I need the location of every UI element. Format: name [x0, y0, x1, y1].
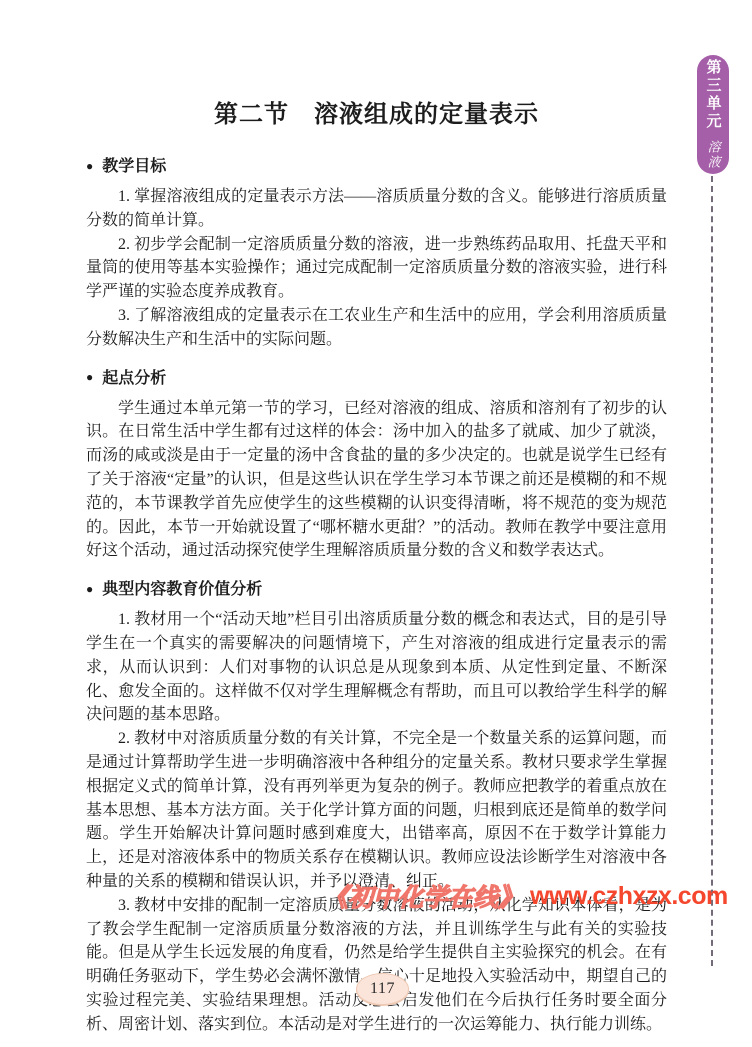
- paragraph-value-1: 1. 教材用一个“活动天地”栏目引出溶质质量分数的概念和表达式，目的是引导学生在…: [86, 608, 667, 727]
- bullet-icon: ●: [86, 160, 93, 172]
- page-content: 第二节 溶液组成的定量表示 ● 教学目标 1. 掌握溶液组成的定量表示方法——溶…: [86, 94, 667, 1037]
- bullet-icon: ●: [86, 583, 93, 595]
- heading-label: 典型内容教育价值分析: [102, 576, 262, 599]
- heading-label: 教学目标: [102, 153, 166, 176]
- paragraph-goal-2: 2. 初步学会配制一定溶质质量分数的溶液，进一步熟练药品取用、托盘天平和量筒的使…: [86, 233, 667, 304]
- heading-teaching-goals: ● 教学目标: [86, 153, 667, 176]
- heading-label: 起点分析: [102, 365, 166, 388]
- section-starting-point-analysis: ● 起点分析 学生通过本单元第一节的学习，已经对溶液的组成、溶质和溶剂有了初步的…: [86, 365, 667, 564]
- heading-starting-point: ● 起点分析: [86, 365, 667, 388]
- paragraph-value-3: 3. 教材中安排的配制一定溶质质量分数溶液的活动，从化学知识本体看，是为了教会学…: [86, 894, 667, 1037]
- heading-content-value: ● 典型内容教育价值分析: [86, 576, 667, 599]
- book-page: 第三单元 溶液 第二节 溶液组成的定量表示 ● 教学目标 1. 掌握溶液组成的定…: [0, 0, 752, 1047]
- page-number: 117: [370, 980, 395, 998]
- paragraph-goal-1: 1. 掌握溶液组成的定量表示方法——溶质质量分数的含义。能够进行溶质质量分数的简…: [86, 185, 667, 233]
- bullet-icon: ●: [86, 371, 93, 383]
- section-teaching-goals: ● 教学目标 1. 掌握溶液组成的定量表示方法——溶质质量分数的含义。能够进行溶…: [86, 153, 667, 352]
- paragraph-goal-3: 3. 了解溶液组成的定量表示在工农业生产和生活中的应用，学会利用溶质质量分数解决…: [86, 304, 667, 352]
- paragraph-value-2: 2. 教材中对溶质质量分数的有关计算，不完全是一个数量关系的运算问题，而是通过计…: [86, 727, 667, 894]
- page-title: 第二节 溶液组成的定量表示: [86, 94, 667, 129]
- paragraph-starting-point: 学生通过本单元第一节的学习，已经对溶液的组成、溶质和溶剂有了初步的认识。在日常生…: [86, 397, 667, 564]
- unit-side-tab: 第三单元 溶液: [697, 55, 729, 174]
- unit-tab-label: 第三单元: [706, 59, 721, 131]
- fold-dashed-line: [711, 176, 713, 966]
- section-content-value-analysis: ● 典型内容教育价值分析 1. 教材用一个“活动天地”栏目引出溶质质量分数的概念…: [86, 576, 667, 1036]
- unit-tab-topic: 溶液: [707, 140, 720, 170]
- page-number-badge: 117: [356, 973, 409, 1005]
